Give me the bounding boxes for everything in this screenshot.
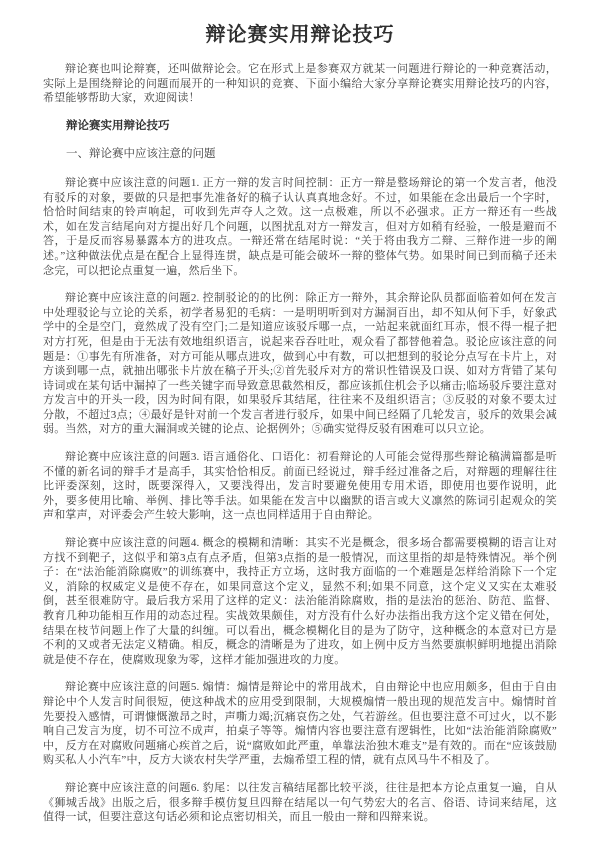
paragraph-tip-6: 辩论赛中应该注意的问题6. 豹尾：以往发言稿结尾都比较平淡，往往是把本方论点重复… bbox=[43, 781, 557, 825]
paragraph-tip-1: 辩论赛中应该注意的问题1. 正方一辩的发言时间控制：正方一辩是整场辩论的第一个发… bbox=[43, 176, 557, 278]
paragraph-tip-4: 辩论赛中应该注意的问题4. 概念的模糊和清晰：其实不光是概念，很多场合都需要模糊… bbox=[43, 536, 557, 667]
paragraph-tip-2: 辩论赛中应该注意的问题2. 控制驳论的的比例：除正方一辩外，其余辩论队员都面临着… bbox=[43, 291, 557, 437]
document-page: 辩论赛实用辩论技巧 辩论赛也叫论辩赛，还叫做辩论会。它在形式上是参赛双方就某一问… bbox=[0, 0, 600, 849]
paragraph-tip-5: 辩论赛中应该注意的问题5. 煽情：煽情是辩论中的常用战术，自由辩论中也应用颇多，… bbox=[43, 680, 557, 768]
paragraph-tip-3: 辩论赛中应该注意的问题3. 语言通俗化、口语化：初看辩论的人可能会觉得那些辩论稿… bbox=[43, 450, 557, 523]
article-subheading: 辩论赛实用辩论技巧 bbox=[43, 119, 557, 134]
page-title: 辩论赛实用辩论技巧 bbox=[43, 22, 557, 48]
section-heading: 一、辩论赛中应该注意的问题 bbox=[43, 147, 557, 162]
intro-paragraph: 辩论赛也叫论辩赛，还叫做辩论会。它在形式上是参赛双方就某一问题进行辩论的一种竞赛… bbox=[43, 62, 557, 106]
